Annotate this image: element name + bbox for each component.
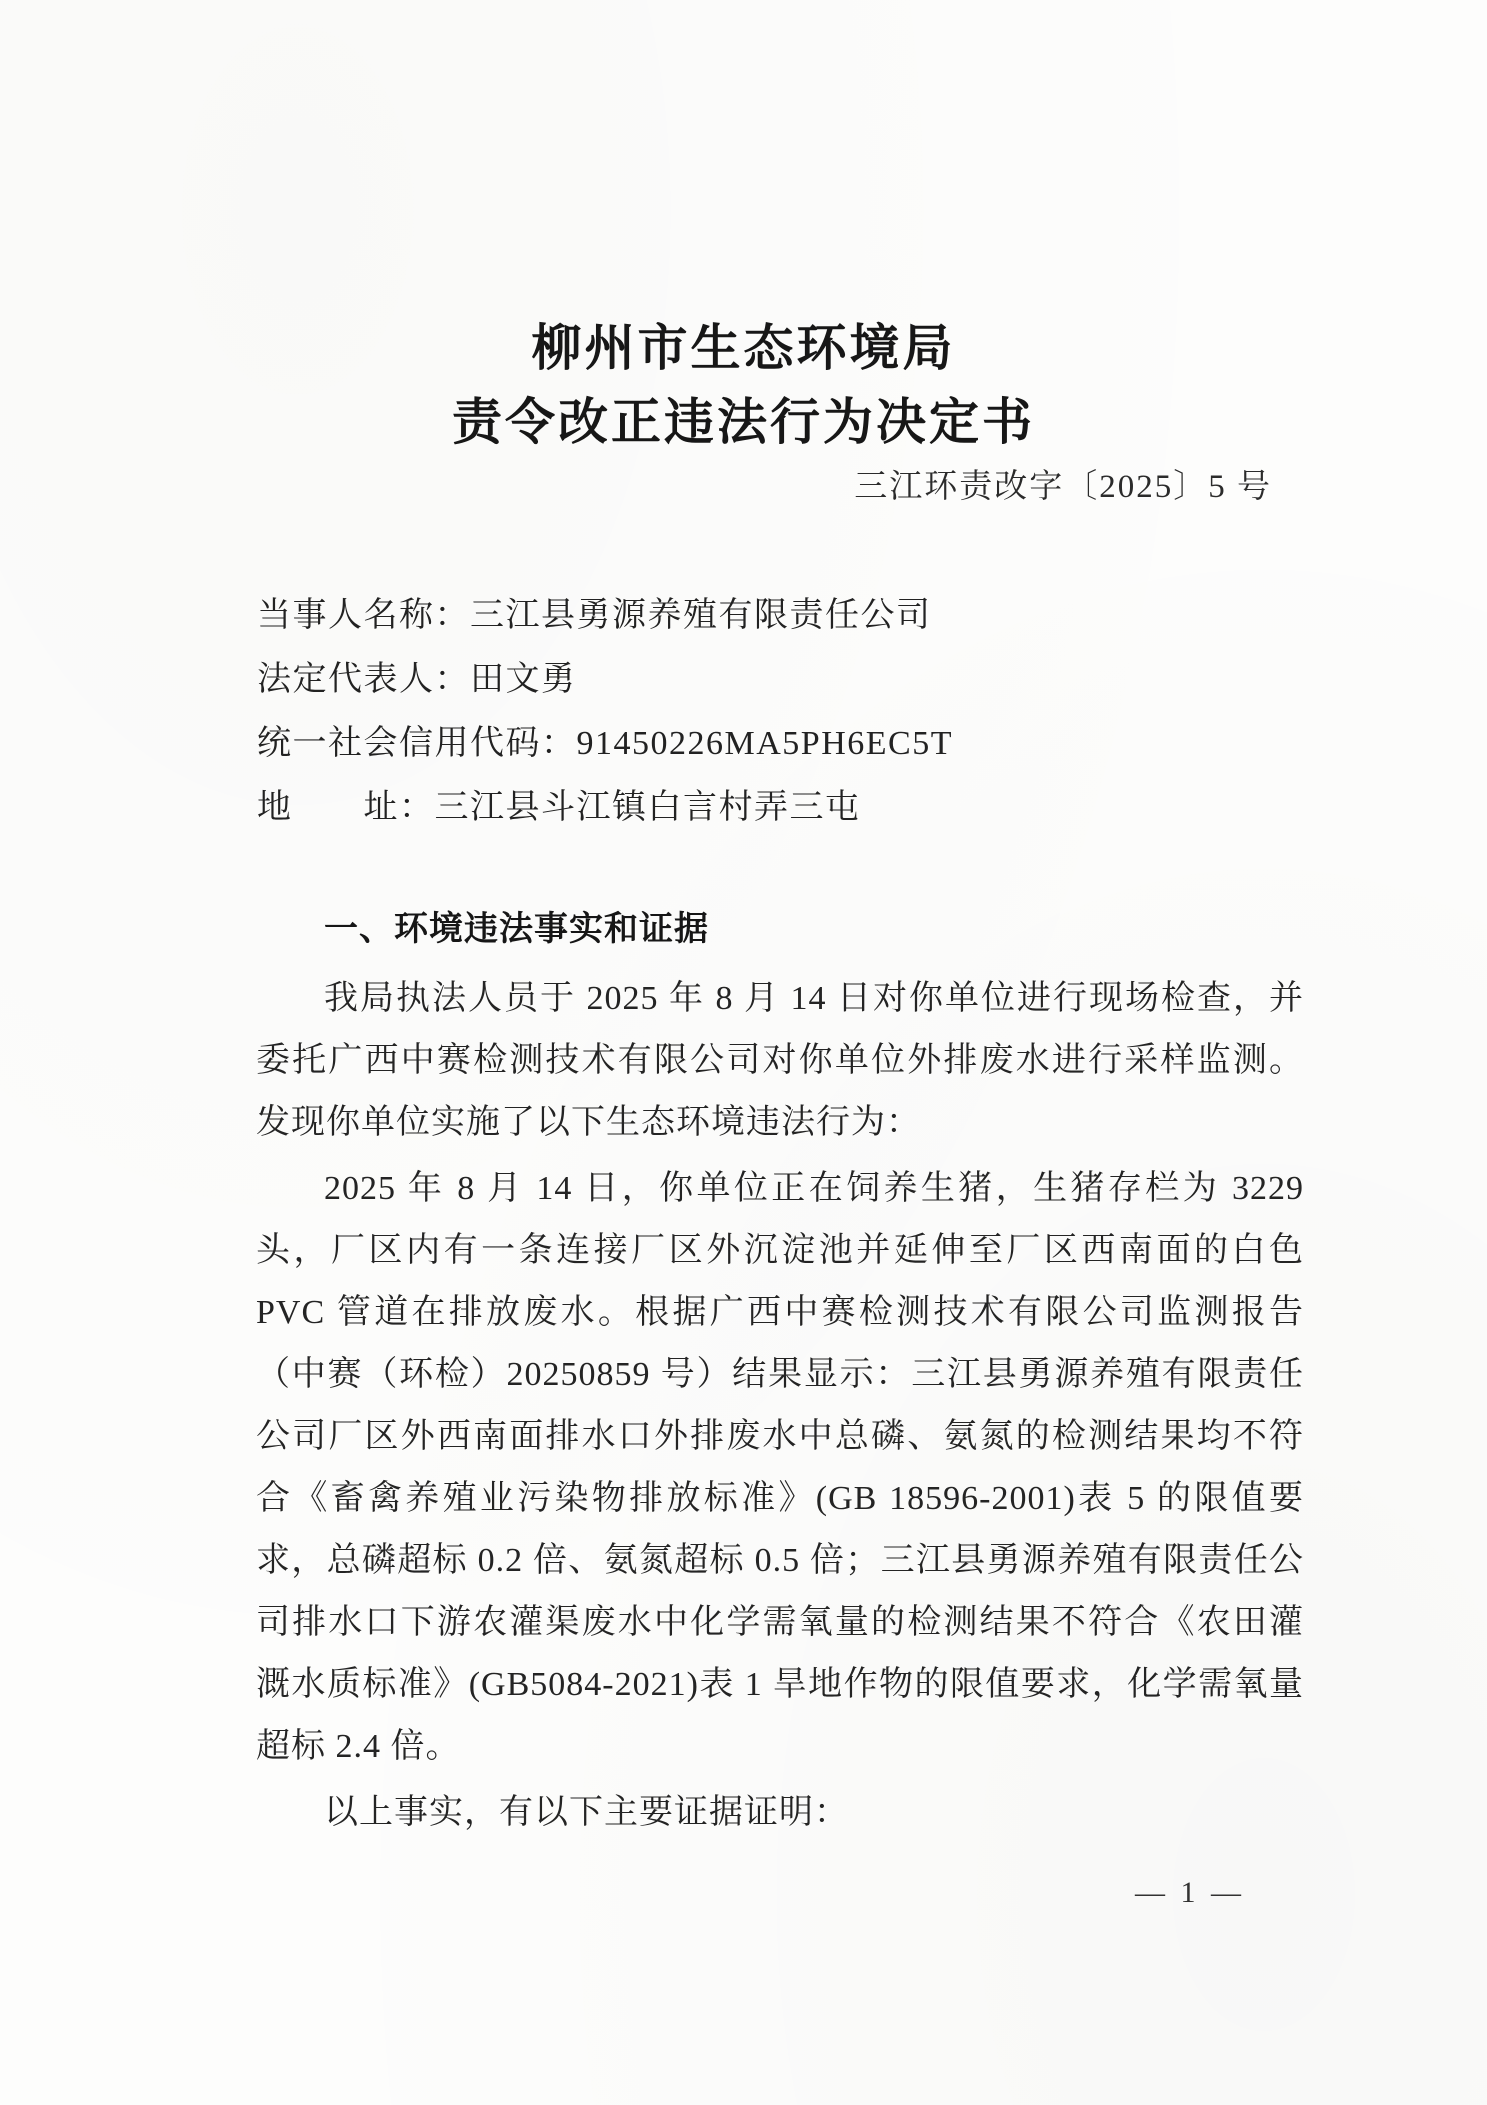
- credit-code-line: 统一社会信用代码：91450226MA5PH6EC5T: [257, 712, 1317, 776]
- legal-representative-line: 法定代表人：田文勇: [257, 648, 1317, 712]
- document-body: 一、环境违法事实和证据 我局执法人员于 2025 年 8 月 14 日对你单位进…: [256, 898, 1304, 1844]
- document-reference-number: 三江环责改字〔2025〕5 号: [854, 460, 1272, 507]
- paragraph-evidence-intro: 以上事实，有以下主要证据证明：: [256, 1782, 1304, 1844]
- address-line: 地 址：三江县斗江镇白言村弄三屯: [257, 776, 1317, 840]
- document-title-type: 责令改正违法行为决定书: [0, 382, 1487, 454]
- paragraph-inspection: 我局执法人员于 2025 年 8 月 14 日对你单位进行现场检查，并委托广西中…: [256, 968, 1304, 1154]
- page-number: — 1 —: [1120, 1876, 1260, 1910]
- scanned-document-page: 柳州市生态环境局 责令改正违法行为决定书 三江环责改字〔2025〕5 号 当事人…: [0, 0, 1487, 2105]
- section-heading-facts-evidence: 一、环境违法事实和证据: [256, 898, 1304, 960]
- paragraph-violation-details: 2025 年 8 月 14 日，你单位正在饲养生猪，生猪存栏为 3229 头，厂…: [256, 1158, 1304, 1778]
- document-title-agency: 柳州市生态环境局: [0, 308, 1487, 380]
- party-name-line: 当事人名称：三江县勇源养殖有限责任公司: [257, 584, 1317, 648]
- party-info-block: 当事人名称：三江县勇源养殖有限责任公司 法定代表人：田文勇 统一社会信用代码：9…: [257, 584, 1317, 840]
